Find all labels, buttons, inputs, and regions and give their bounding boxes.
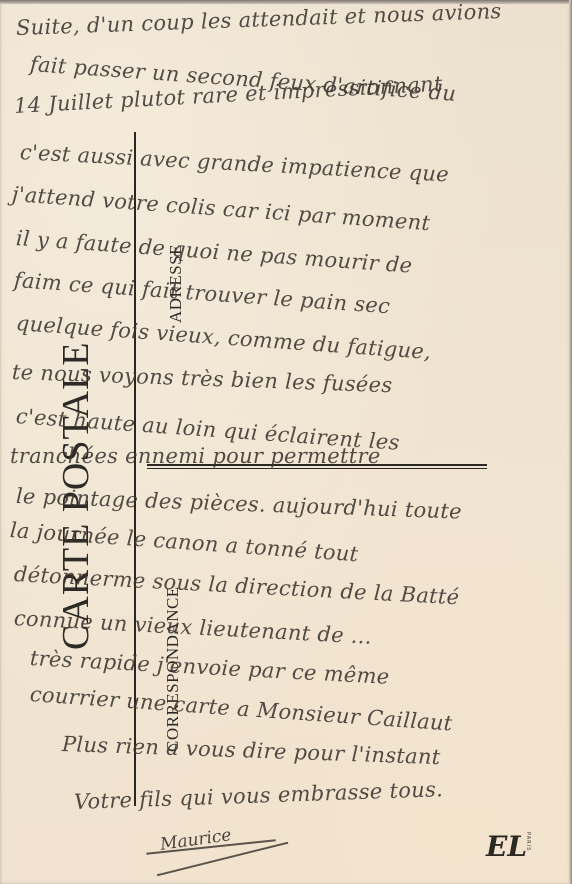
handwritten-line: tranchées ennemi pour permettre <box>10 444 381 468</box>
handwritten-line: Suite, d'un coup les attendait et nous a… <box>16 0 502 40</box>
handwritten-line: Votre fils qui vous embrasse tous. <box>74 777 444 814</box>
handwritten-line: Plus rien a vous dire pour l'instant <box>62 732 441 769</box>
handwritten-line: j'attend votre colis car ici par moment <box>11 182 431 235</box>
handwritten-line: courrier une carte a Monsieur Caillaut <box>29 682 453 735</box>
publisher-mark: PARIS <box>525 832 531 851</box>
postcard-back: CARTE POSTALE ADRESSE CORRESPONDANCE Sui… <box>0 0 572 884</box>
handwritten-line: très rapide j'envoie par ce même <box>29 646 390 689</box>
handwritten-line: il y a faute de quoi ne pas mourir de <box>15 226 413 278</box>
publisher-logo-icon: EL <box>486 830 518 864</box>
handwritten-line: faim ce qui fait trouver le pain sec <box>13 268 391 318</box>
handwritten-line: c'est aussi avec grande impatience que <box>19 140 449 186</box>
signature: Maurice <box>159 825 233 855</box>
